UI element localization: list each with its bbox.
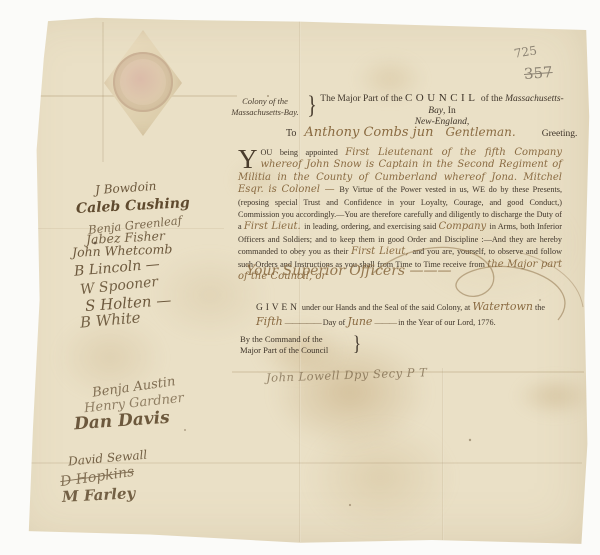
pencil-number-top: 725 — [513, 43, 538, 60]
addressee-name: Anthony Combs jun — [304, 125, 433, 140]
embossed-wafer-seal — [104, 30, 182, 136]
stain — [515, 375, 595, 417]
to-label: To — [286, 128, 296, 139]
fill-dash: ————— — [285, 318, 321, 327]
given-day: Fifth — [256, 315, 283, 328]
body-print-segment: in leading, ordering, and exercising sai… — [304, 222, 438, 231]
secretary-signature: John Lowell Dpy Secy P T — [266, 365, 428, 385]
body-script-segment: First Lieut, — [351, 246, 412, 257]
council-signature: J Bowdoin — [95, 179, 157, 197]
given-word: GIVEN — [256, 303, 300, 313]
given-print: Day of — [323, 318, 346, 327]
pencil-number-bottom: 357 — [523, 63, 553, 83]
council-signature: B White — [79, 308, 141, 331]
council-word: COUNCIL — [405, 92, 479, 104]
closing-script-line: Your Superior Officers ——— — [246, 263, 452, 279]
given-month: June — [347, 315, 372, 328]
command-brace: } — [353, 331, 361, 356]
command-line2: Major Part of the Council — [240, 345, 328, 355]
council-signature: David Sewall — [68, 448, 148, 469]
council-heading-pre: The Major Part of the — [320, 94, 405, 104]
address-line: To Anthony Combs jun Gentleman. Greeting… — [286, 123, 570, 141]
scan-background: 725 357 Colony of the Massachusetts-Bay.… — [0, 0, 600, 555]
body-script-segment: First Lieut. — [244, 221, 304, 232]
given-print: the — [533, 303, 545, 312]
body-print-segment: OU being appointed — [261, 148, 346, 157]
fold-crease-vertical — [102, 22, 104, 162]
given-place: Watertown — [472, 300, 533, 313]
stain — [305, 420, 455, 535]
addressee-honorific: Gentleman. — [445, 125, 515, 139]
council-signature: M Farley — [62, 484, 136, 506]
command-line1: By the Command of the — [240, 334, 323, 344]
colony-caption-line2: Massachusetts-Bay. — [231, 107, 298, 117]
given-print: under our Hands and the Seal of the said… — [302, 303, 472, 312]
fold-crease-vertical — [442, 368, 444, 540]
greeting-word: Greeting. — [542, 129, 578, 139]
dropcap-letter: Y — [238, 148, 258, 171]
document-paper: 725 357 Colony of the Massachusetts-Bay.… — [0, 0, 600, 555]
council-heading-mid: of the — [478, 94, 505, 104]
fill-dash: ——— — [374, 318, 396, 327]
council-heading-end: , In — [443, 106, 456, 116]
colony-caption: Colony of the Massachusetts-Bay. — [222, 96, 308, 117]
colony-caption-line1: Colony of the — [242, 96, 288, 106]
given-clause: GIVEN under our Hands and the Seal of th… — [256, 300, 566, 329]
command-block: By the Command of the Major Part of the … — [240, 334, 328, 355]
given-year-line: in the Year of our Lord, 1776. — [398, 318, 496, 327]
seal-emboss-circle — [113, 52, 173, 112]
body-script-segment: Company — [439, 221, 490, 232]
